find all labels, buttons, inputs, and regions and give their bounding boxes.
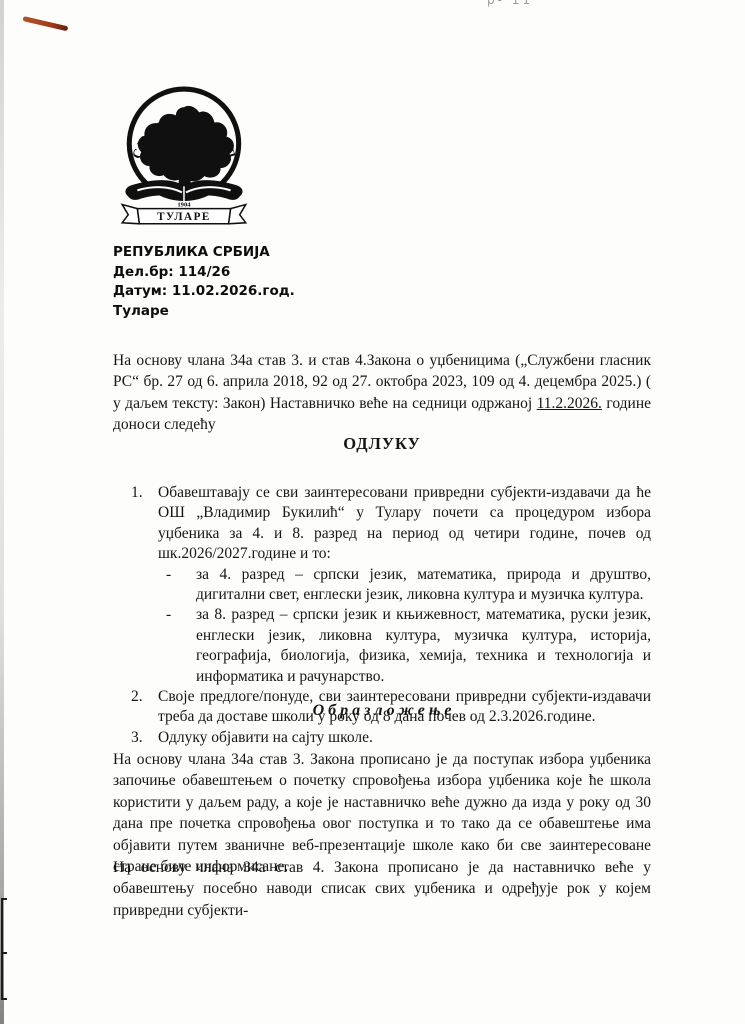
cropped-header-fragment: р- 11 (487, 0, 533, 7)
sub-list-item: - за 8. разред – српски језик и књижевно… (166, 605, 651, 687)
rationale-title: О б р а з л о ж е њ е (113, 702, 651, 720)
scan-left-edge-shadow (0, 0, 4, 1024)
subitem-text: за 8. разред – српски језик и књижевност… (196, 605, 651, 687)
banner-ribbon (122, 205, 139, 224)
place-name: Туларе (113, 302, 295, 322)
scan-left-edge-line (1, 898, 3, 1000)
session-date-underlined: 11.2.2026. (537, 395, 602, 412)
dash-marker: - (166, 565, 196, 606)
subitem-text: за 4. разред – српски језик, математика,… (196, 565, 651, 606)
dash-marker: - (166, 605, 196, 687)
item-text: Одлуку објавити на сајту школе. (158, 728, 651, 748)
intro-paragraph: На основу члана 34а став 3. и став 4.Зак… (113, 350, 651, 436)
reference-number: Дел.бр: 114/26 (113, 263, 295, 283)
school-seal-logo: ОСНОВНА ШКОЛА 1904 ТУЛАРЕ (115, 83, 257, 240)
scan-edge-tick (1, 952, 7, 954)
scan-edge-tick (1, 898, 7, 900)
scanned-document-page: р- 11 ОСНОВНА ШКОЛА 1904 ТУЛАРЕ РЕПУБЛИК… (0, 0, 745, 1024)
red-pen-mark (22, 16, 68, 31)
list-item: 1. Обавештавају се сви заинтересовани пр… (131, 483, 651, 687)
decision-title: ОДЛУКУ (113, 434, 651, 454)
tree-icon (138, 106, 234, 181)
scan-edge-tick (1, 998, 7, 1000)
item-number: 1. (131, 483, 158, 687)
seal-year: 1904 (177, 202, 191, 209)
letterhead-block: РЕПУБЛИКА СРБИЈА Дел.бр: 114/26 Датум: 1… (113, 243, 295, 321)
item-text: Обавештавају се сви заинтересовани привр… (158, 483, 651, 565)
banner-text: ТУЛАРЕ (157, 211, 211, 223)
list-item: 3. Одлуку објавити на сајту школе. (131, 728, 651, 748)
country-name: РЕПУБЛИКА СРБИЈА (113, 243, 295, 263)
sub-list-item: - за 4. разред – српски језик, математик… (166, 565, 651, 606)
rationale-paragraph: На основу члана 34а став 4. Закона пропи… (113, 857, 651, 922)
item-number: 3. (131, 728, 158, 748)
banner-ribbon (229, 205, 246, 224)
document-date: Датум: 11.02.2026.год. (113, 282, 295, 302)
